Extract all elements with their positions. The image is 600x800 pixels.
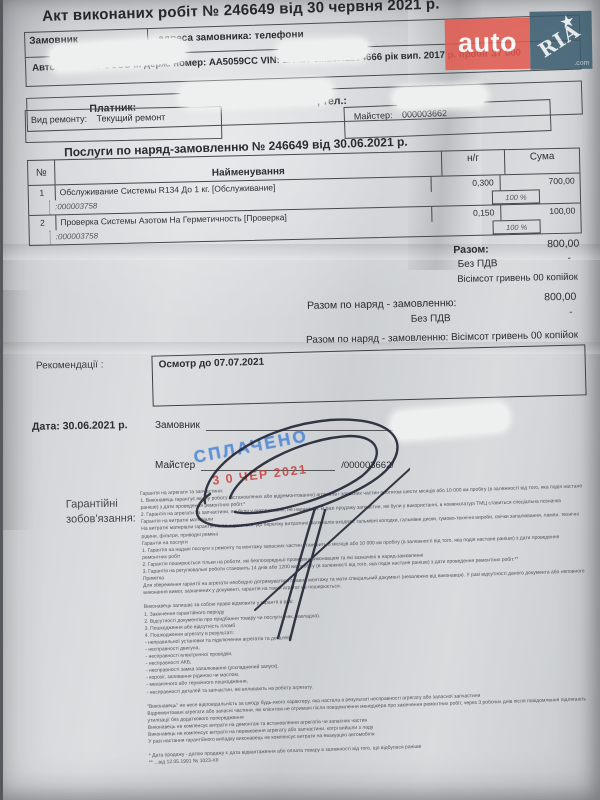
order-vat-label: Без ПДВ [411, 313, 451, 325]
total-value: 800,00 [506, 238, 579, 251]
order-total-in-words: Разом по наряд - замовленню: Вісімсот гр… [306, 330, 578, 346]
ria-logo-text: RIA [534, 18, 584, 62]
total-label: Разом: [453, 243, 489, 256]
vat-label: Без ПДВ [458, 258, 498, 270]
service-act-document: Акт виконаних робіт № 246649 від 30 черв… [0, 0, 600, 800]
ria-com-text: .com [574, 60, 589, 67]
redaction-blob [394, 85, 487, 108]
redaction-blob [278, 39, 369, 62]
ria-logo-box: ★ RIA .com [529, 11, 592, 70]
order-total-value: 800,00 [544, 291, 576, 304]
photo-edge [0, 0, 3, 800]
autoria-watermark: auto ★ RIA .com [445, 11, 593, 72]
order-vat-dash: - [569, 307, 573, 318]
auto-logo-text: auto [445, 18, 531, 70]
order-total-label: Разом по наряд - замовленню: [307, 297, 457, 312]
vat-dash: - [567, 253, 571, 264]
signature-scrawl [110, 398, 410, 658]
recommendations-label: Рекомендації : [36, 359, 104, 371]
total-in-words: Вісімсот гривень 00 копійок [457, 272, 578, 285]
